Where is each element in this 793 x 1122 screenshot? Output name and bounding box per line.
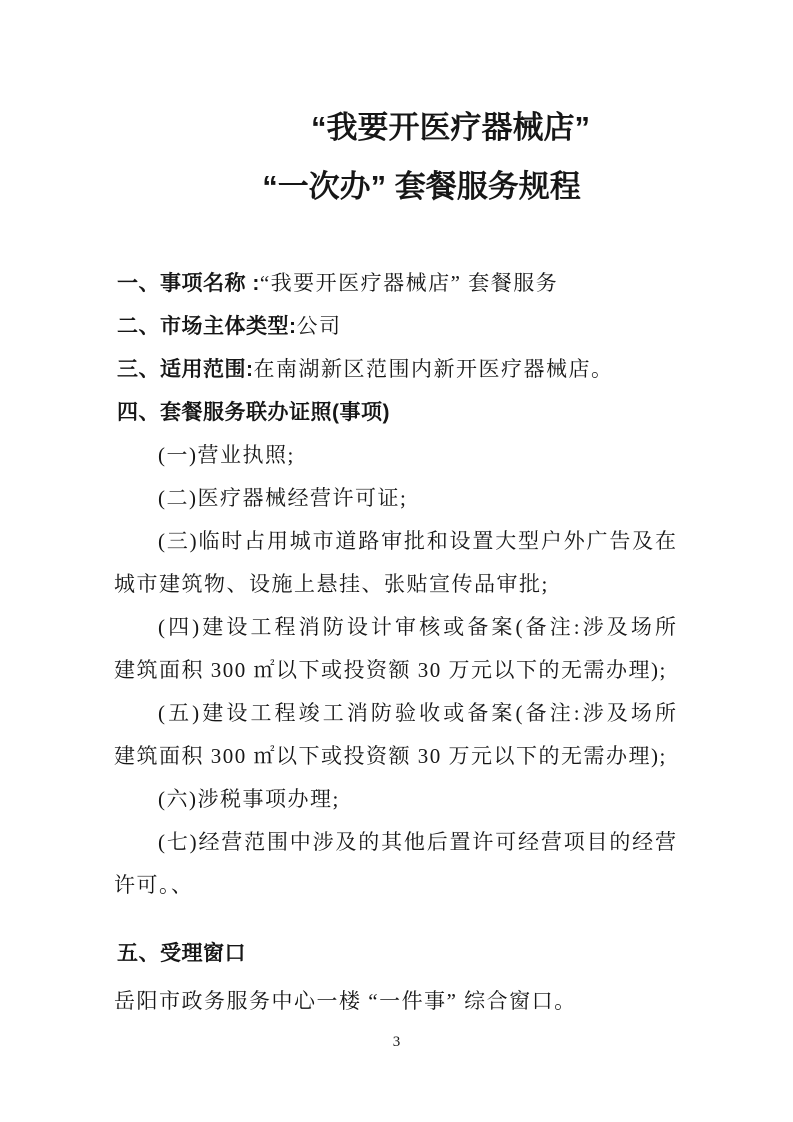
list-line: (六)涉税事项办理;	[114, 778, 676, 821]
list-line: (一)营业执照;	[114, 434, 676, 477]
title-text-1: “我要开医疗器械店”	[311, 110, 590, 145]
page-number: 3	[0, 1034, 793, 1051]
list-line: 建筑面积 300 ㎡以下或投资额 30 万元以下的无需办理);	[114, 735, 676, 778]
document-title-line-2: “一次办” 套餐服务规程	[0, 169, 793, 205]
document-body: 一、事项名称 :“我要开医疗器械店” 套餐服务 二、市场主体类型:公司 三、适用…	[114, 262, 676, 907]
list-line: (二)医疗器械经营许可证;	[114, 477, 676, 520]
item-three-label: 三、适用范围:	[117, 358, 254, 381]
title-text-2: “一次办” 套餐服务规程	[262, 169, 581, 204]
item-five-content: 岳阳市政务服务中心一楼 “一件事” 综合窗口。	[114, 977, 676, 1025]
document-page: “我要开医疗器械店” “一次办” 套餐服务规程 一、事项名称 :“我要开医疗器械…	[0, 0, 793, 1122]
list-line: 城市建筑物、设施上悬挂、张贴宣传品审批;	[114, 563, 676, 606]
list-line: (四)建设工程消防设计审核或备案(备注:涉及场所	[114, 606, 676, 649]
list-line: (五)建设工程竣工消防验收或备案(备注:涉及场所	[114, 692, 676, 735]
item-one-label: 一、事项名称 :	[117, 272, 260, 295]
item-two-content: 公司	[297, 314, 342, 338]
item-one-content: “我要开医疗器械店” 套餐服务	[260, 271, 558, 295]
item-three-content: 在南湖新区范围内新开医疗器械店。	[254, 357, 614, 381]
item-two-row: 二、市场主体类型:公司	[117, 305, 676, 348]
section-five: 五、受理窗口 岳阳市政务服务中心一楼 “一件事” 综合窗口。	[114, 929, 676, 1025]
document-title-line-1: “我要开医疗器械店”	[0, 110, 793, 146]
item-four-label: 四、套餐服务联办证照(事项)	[117, 401, 390, 424]
item-one-row: 一、事项名称 :“我要开医疗器械店” 套餐服务	[117, 262, 676, 305]
item-four-row: 四、套餐服务联办证照(事项)	[117, 391, 676, 434]
item-five-label: 五、受理窗口	[117, 942, 246, 965]
item-two-label: 二、市场主体类型:	[117, 315, 297, 338]
list-line: (七)经营范围中涉及的其他后置许可经营项目的经营	[114, 821, 676, 864]
item-five-row: 五、受理窗口	[117, 929, 676, 977]
list-line: (三)临时占用城市道路审批和设置大型户外广告及在	[114, 520, 676, 563]
list-line: 许可。、	[114, 864, 676, 907]
item-three-row: 三、适用范围:在南湖新区范围内新开医疗器械店。	[117, 348, 676, 391]
list-line: 建筑面积 300 ㎡以下或投资额 30 万元以下的无需办理);	[114, 649, 676, 692]
